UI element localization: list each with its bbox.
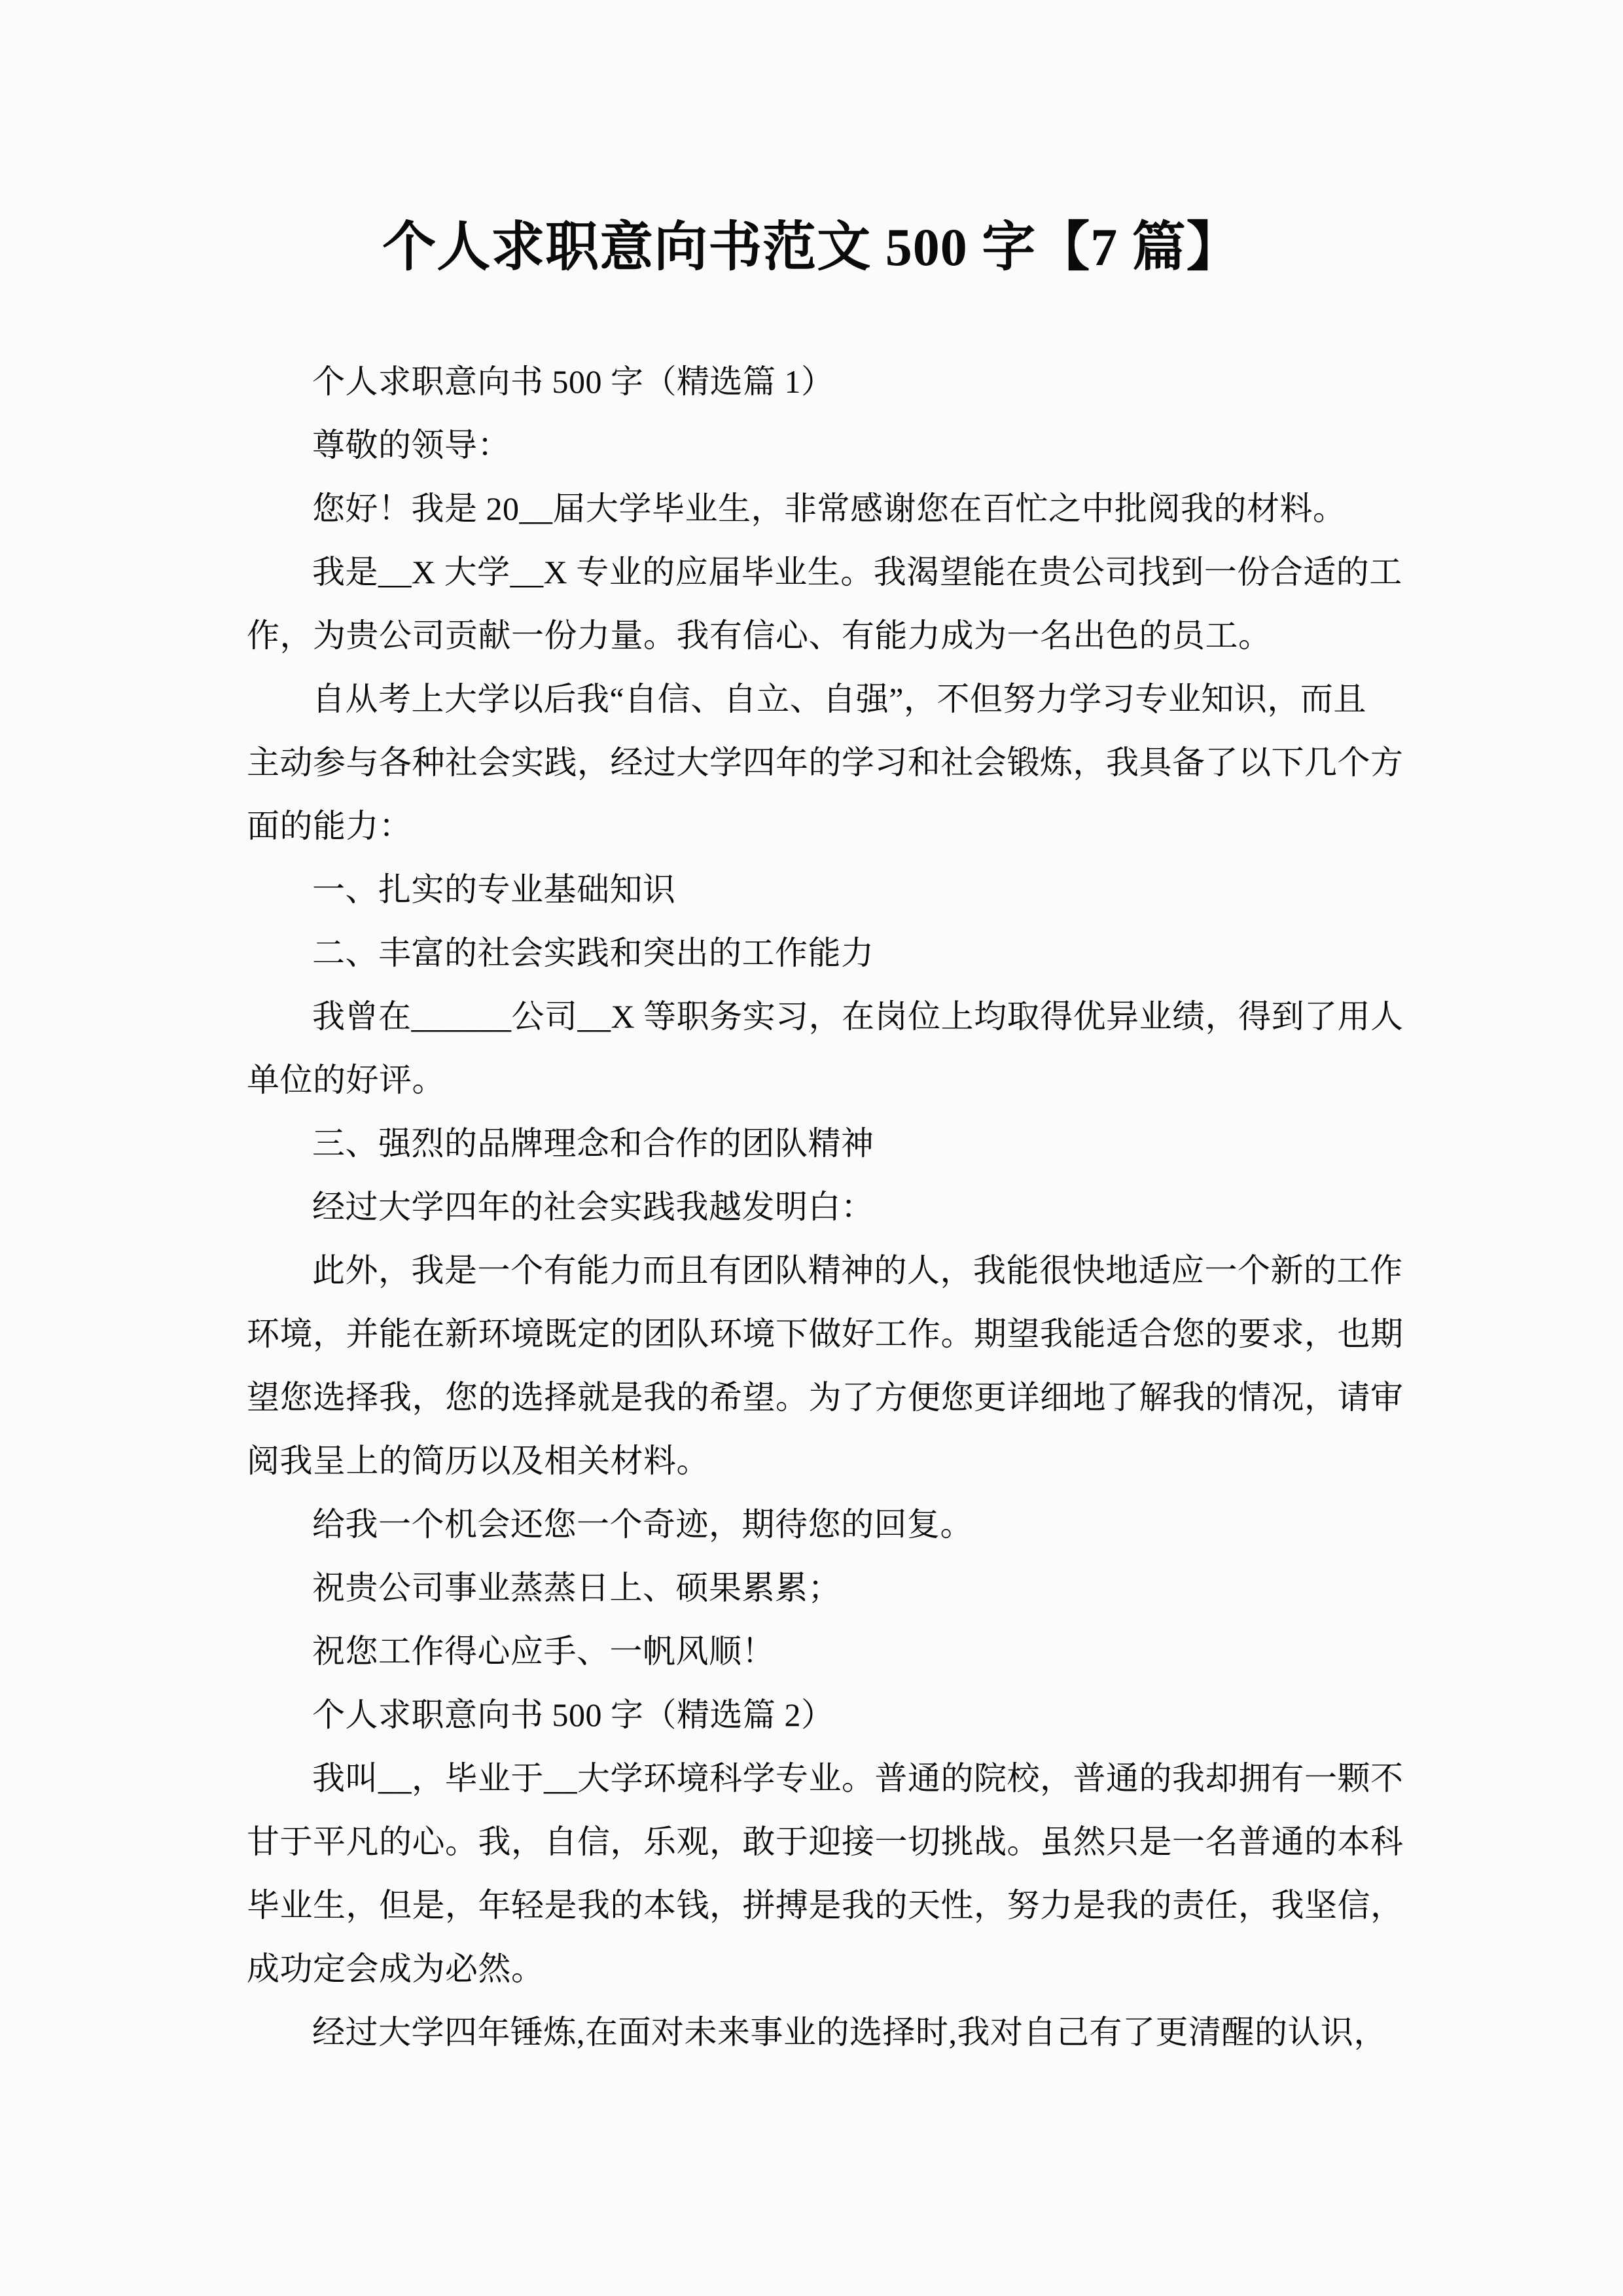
document-line: 单位的好评。 — [247, 1049, 1407, 1112]
document-line: 阅我呈上的简历以及相关材料。 — [247, 1429, 1407, 1493]
document-line: 给我一个机会还您一个奇迹，期待您的回复。 — [247, 1493, 1407, 1556]
document-line: 我叫__，毕业于__大学环境科学专业。普通的院校，普通的我却拥有一颗不 — [247, 1747, 1407, 1810]
document-line: 尊敬的领导： — [247, 414, 1407, 477]
document-line: 环境，并能在新环境既定的团队环境下做好工作。期望我能适合您的要求，也期 — [247, 1302, 1407, 1366]
document-line: 个人求职意向书 500 字（精选篇 1） — [247, 350, 1407, 414]
document-title: 个人求职意向书范文 500 字【7 篇】 — [0, 204, 1623, 281]
document-line: 三、强烈的品牌理念和合作的团队精神 — [247, 1112, 1407, 1175]
document-line: 经过大学四年的社会实践我越发明白： — [247, 1175, 1407, 1239]
document-line: 主动参与各种社会实践，经过大学四年的学习和社会锻炼，我具备了以下几个方 — [247, 731, 1407, 795]
document-page: 个人求职意向书范文 500 字【7 篇】 个人求职意向书 500 字（精选篇 1… — [0, 0, 1623, 2296]
document-line: 作，为贵公司贡献一份力量。我有信心、有能力成为一名出色的员工。 — [247, 604, 1407, 668]
document-line: 面的能力： — [247, 795, 1407, 858]
document-line: 您好！我是 20__届大学毕业生，非常感谢您在百忙之中批阅我的材料。 — [247, 477, 1407, 541]
document-line: 祝贵公司事业蒸蒸日上、硕果累累； — [247, 1556, 1407, 1620]
document-line: 一、扎实的专业基础知识 — [247, 858, 1407, 922]
document-line: 二、丰富的社会实践和突出的工作能力 — [247, 922, 1407, 985]
document-line: 经过大学四年锤炼,在面对未来事业的选择时,我对自己有了更清醒的认识， — [247, 2001, 1407, 2064]
document-line: 望您选择我，您的选择就是我的希望。为了方便您更详细地了解我的情况，请审 — [247, 1366, 1407, 1429]
document-line: 此外，我是一个有能力而且有团队精神的人，我能很快地适应一个新的工作 — [247, 1239, 1407, 1302]
document-lines: 个人求职意向书 500 字（精选篇 1）尊敬的领导：您好！我是 20__届大学毕… — [247, 350, 1407, 2064]
document-line: 祝您工作得心应手、一帆风顺！ — [247, 1620, 1407, 1683]
document-line: 自从考上大学以后我“自信、自立、自强”，不但努力学习专业知识，而且 — [247, 668, 1407, 731]
document-line: 个人求职意向书 500 字（精选篇 2） — [247, 1683, 1407, 1747]
document-line: 我曾在______公司__X 等职务实习，在岗位上均取得优异业绩，得到了用人 — [247, 985, 1407, 1049]
document-line: 我是__X 大学__X 专业的应届毕业生。我渴望能在贵公司找到一份合适的工 — [247, 541, 1407, 604]
document-line: 成功定会成为必然。 — [247, 1937, 1407, 2001]
document-line: 甘于平凡的心。我，自信，乐观，敢于迎接一切挑战。虽然只是一名普通的本科 — [247, 1810, 1407, 1874]
document-line: 毕业生，但是，年轻是我的本钱，拼搏是我的天性，努力是我的责任，我坚信， — [247, 1874, 1407, 1937]
